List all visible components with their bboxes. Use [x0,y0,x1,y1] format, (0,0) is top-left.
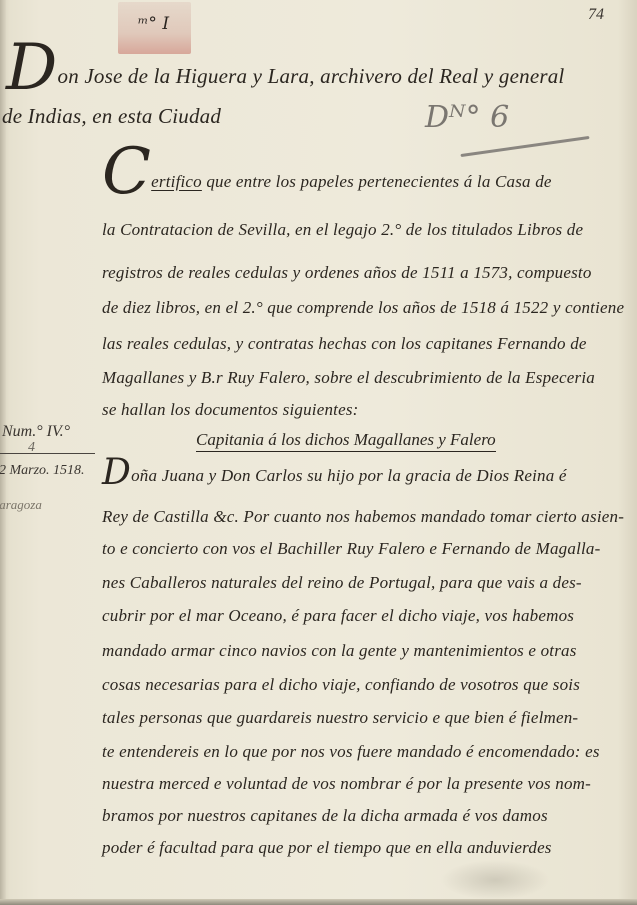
header-initial: D [6,31,58,105]
section-line-12: poder é facultad para que por el tiempo … [102,838,552,858]
paper-stain [440,860,550,900]
certification-line-1: Certifico que entre los papeles pertenec… [102,140,552,204]
section-line-11: bramos por nuestros capitanes de la dich… [102,806,548,826]
certification-line-2: la Contratacion de Sevilla, en el legajo… [102,220,583,240]
manuscript-page: ᵐ° I 74 Dᴺ° 6 Don Jose de la Higuera y L… [0,0,637,905]
certification-line-4: de diez libros, en el 2.° que comprende … [102,298,624,318]
pencil-annotation: Dᴺ° 6 [425,100,509,135]
header-line-1: Don Jose de la Higuera y Lara, archivero… [6,36,564,100]
certification-line-6: Magallanes y B.r Ruy Falero, sobre el de… [102,368,595,388]
section-line-5: cubrir por el mar Oceano, é para facer e… [102,606,574,626]
folio-number: 74 [588,6,604,24]
margin-rule [0,453,95,454]
certification-line-3: registros de reales cedulas y ordenes añ… [102,263,592,283]
section-initial: D [102,452,131,493]
section-line-6: mandado armar cinco navios con la gente … [102,641,577,661]
section-text-0: Juana y Don Carlos su hijo por la gracia… [162,466,567,485]
section-line-7: cosas necesarias para el dicho viaje, co… [102,675,580,695]
margin-document-number: Num.° IV.° [2,423,70,441]
certification-line-7: se hallan los documentos siguientes: [102,400,359,420]
stamp-label: ᵐ° I [138,14,169,34]
section-line-9: te entendereis en lo que por nos vos fue… [102,742,600,762]
section-title: Capitania á los dichos Magallanes y Fale… [196,430,496,452]
certification-first-word: ertifico [151,172,202,191]
certification-initial: C [102,135,151,209]
section-line-4: nes Caballeros naturales del reino de Po… [102,573,582,593]
header-line-2: de Indias, en esta Ciudad [2,104,221,129]
section-line-10: nuestra merced e voluntad de vos nombrar… [102,774,591,794]
section-first-word: oña [131,466,157,485]
section-line-3: to e concierto con vos el Bachiller Ruy … [102,539,600,559]
certification-text-0: que entre los papeles pertenecientes á l… [206,172,551,191]
header-line-1-text: on Jose de la Higuera y Lara, archivero … [58,64,565,88]
margin-date: 22 Marzo. 1518. [0,463,85,479]
section-line-1: Doña Juana y Don Carlos su hijo por la g… [102,455,567,491]
certification-line-5: las reales cedulas, y contratas hechas c… [102,334,587,354]
section-line-2: Rey de Castilla &c. Por cuanto nos habem… [102,507,624,527]
section-line-8: tales personas que guardareis nuestro se… [102,708,578,728]
margin-place: Zaragoza [0,497,42,513]
